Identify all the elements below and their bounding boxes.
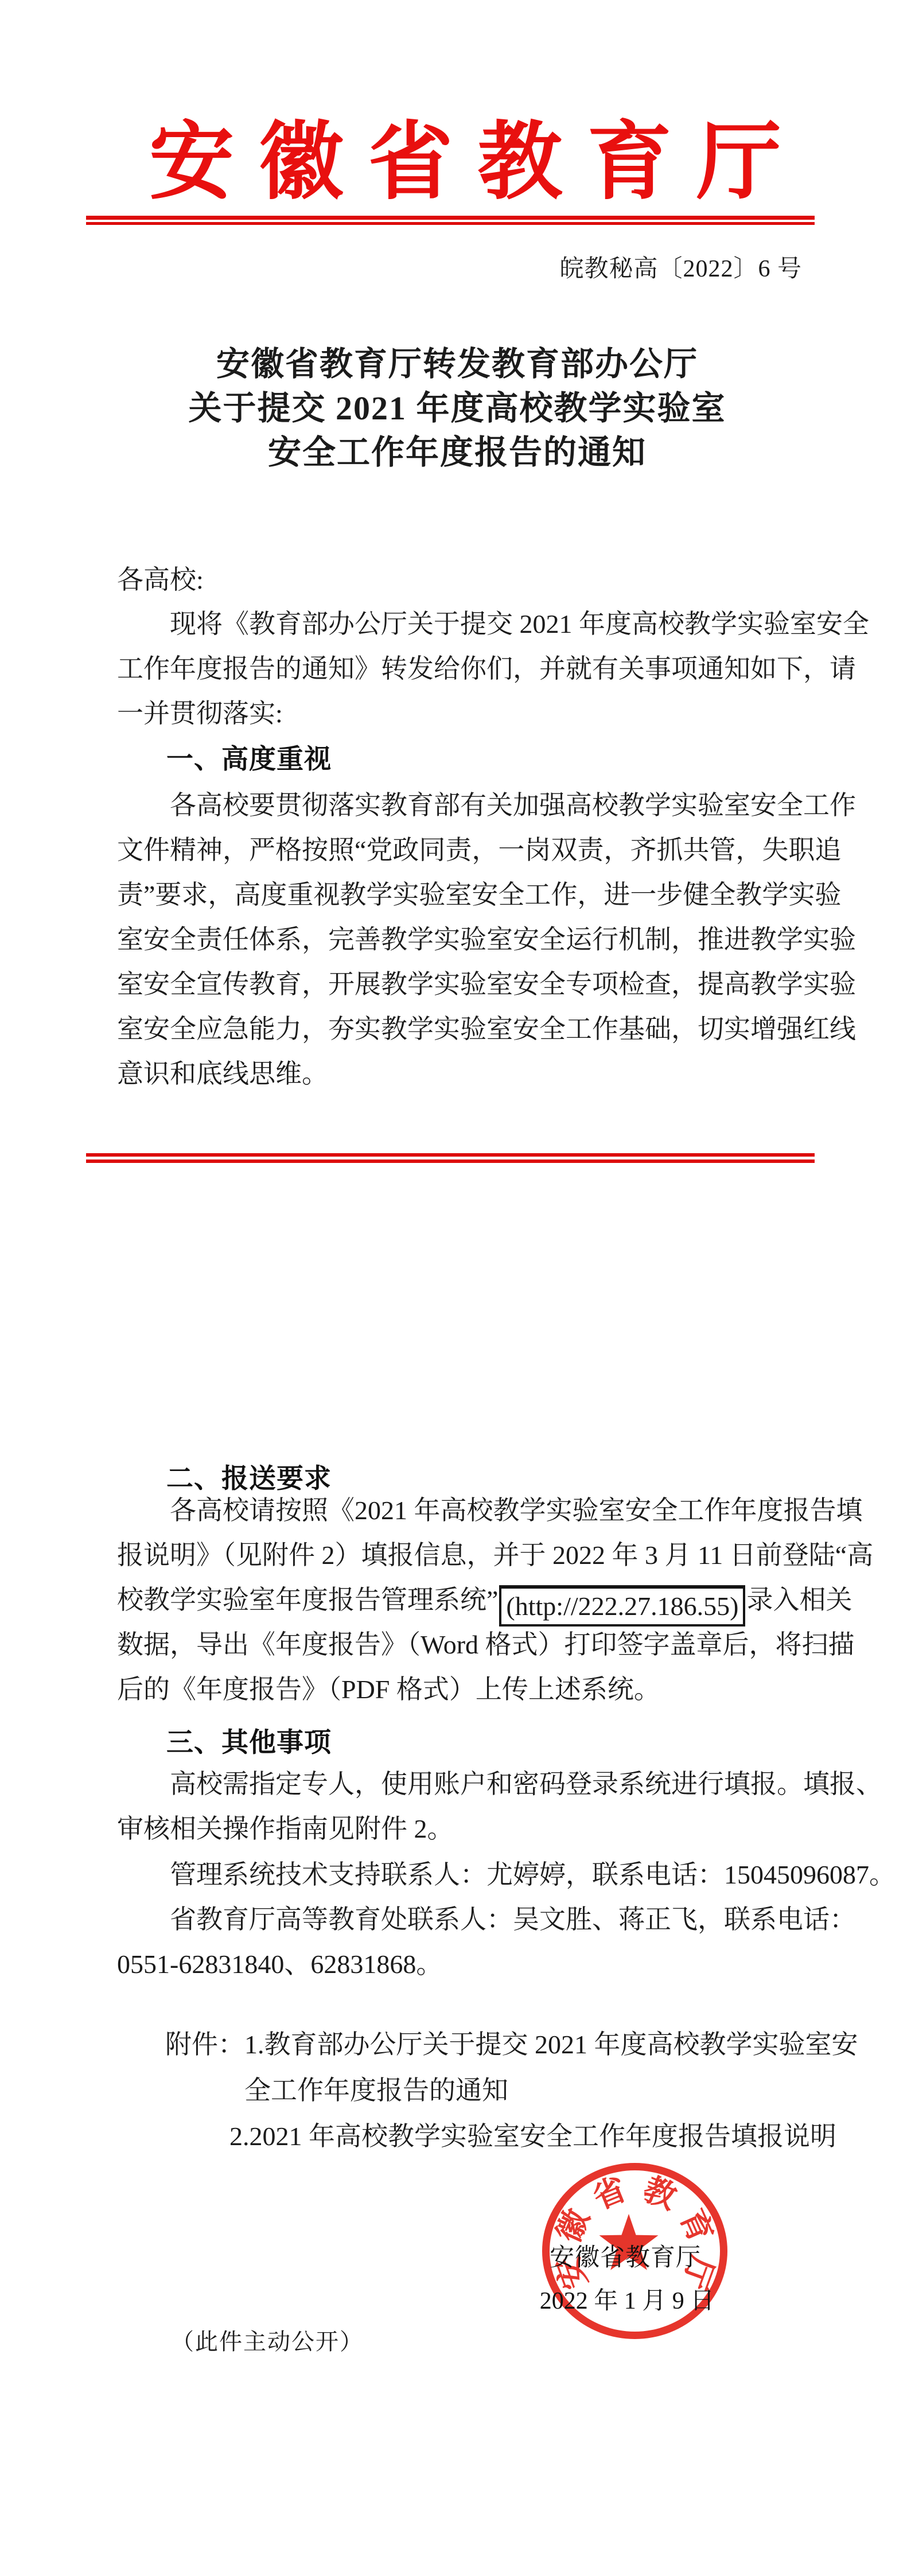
intro-paragraph: 现将《教育部办公厅关于提交 2021 年度高校教学实验室安全 工作年度报告的通知…: [117, 602, 800, 736]
paragraph-line: 现将《教育部办公厅关于提交 2021 年度高校教学实验室安全: [117, 602, 800, 647]
document-title-line: 安全工作年度报告的通知: [116, 430, 799, 474]
attachment-item-2: 2.2021 年高校教学实验室安全工作年度报告填报说明: [117, 2114, 834, 2159]
signature-date: 2022 年 1 月 9 日: [532, 2288, 722, 2314]
masthead-char: 徽: [259, 120, 344, 205]
paragraph-line: 责”要求，高度重视教学实验室安全工作，进一步健全教学实验: [117, 873, 800, 917]
section-3-paragraph-1: 高校需指定专人，使用账户和密码登录系统进行填报。填报、 审核相关操作指南见附件 …: [117, 1762, 800, 1851]
document-title-line: 关于提交 2021 年度高校教学实验室: [116, 386, 799, 430]
paragraph-line: 一并贯彻落实:: [117, 691, 800, 736]
paragraph-line: 室安全宣传教育，开展教学实验室安全专项检查，提高教学实验: [117, 962, 800, 1007]
salutation-text: 各高校:: [117, 558, 800, 602]
section-1-paragraph: 各高校要贯彻落实教育部有关加强高校教学实验室安全工作 文件精神，严格按照“党政同…: [117, 783, 800, 1096]
document-title-line: 安徽省教育厅转发教育部办公厅: [116, 342, 799, 386]
paragraph-line: 工作年度报告的通知》转发给你们，并就有关事项通知如下，请: [117, 647, 800, 691]
paragraph-line: 意识和底线思维。: [117, 1052, 800, 1096]
report-system-url-link[interactable]: (http://222.27.186.55): [499, 1585, 745, 1626]
masthead-char: 安: [149, 120, 234, 205]
paragraph-line: 各高校要贯彻落实教育部有关加强高校教学实验室安全工作: [117, 783, 800, 828]
paragraph-line: 文件精神，严格按照“党政同责，一岗双责，齐抓共管，失职追: [117, 828, 800, 873]
url-suffix-text: 录入相关: [746, 1585, 852, 1614]
masthead-char: 省: [368, 120, 453, 205]
document-number: 皖教秘高〔2022〕6 号: [559, 255, 802, 283]
paragraph-line: 高校需指定专人，使用账户和密码登录系统进行填报。填报、: [117, 1762, 800, 1807]
signature-agency-name: 安徽省教育厅: [548, 2244, 703, 2271]
paragraph-line: 室安全责任体系，完善教学实验室安全运行机制，推进教学实验: [117, 917, 800, 962]
paragraph-line: 数据，导出《年度报告》（Word 格式）打印签字盖章后，将扫描: [117, 1622, 800, 1667]
document-page: 安 徽 省 教 育 厅 皖教秘高〔2022〕6 号 安徽省教育厅转发教育部办公厅…: [0, 0, 911, 2576]
section-2-paragraph: 各高校请按照《2021 年高校教学实验室安全工作年度报告填 报说明》（见附件 2…: [117, 1488, 800, 1712]
document-title: 安徽省教育厅转发教育部办公厅 关于提交 2021 年度高校教学实验室 安全工作年…: [116, 342, 799, 474]
agency-masthead: 安 徽 省 教 育 厅: [149, 120, 781, 205]
paragraph-line: 室安全应急能力，夯实教学实验室安全工作基础，切实增强红线: [117, 1007, 800, 1052]
red-separator-line-top-thin: [86, 222, 815, 225]
paragraph-line: 审核相关操作指南见附件 2。: [117, 1807, 800, 1851]
department-contact-phone-line: 0551-62831840、62831868。: [117, 1942, 800, 1987]
red-separator-line-mid-lower: [86, 1159, 815, 1163]
red-separator-line-mid-upper: [86, 1153, 815, 1157]
section-heading-1: 一、高度重视: [166, 744, 332, 775]
masthead-char: 厅: [696, 120, 781, 205]
paragraph-line: 各高校请按照《2021 年高校教学实验室安全工作年度报告填: [117, 1488, 800, 1533]
masthead-char: 教: [477, 120, 562, 205]
department-contact-line: 省教育厅高等教育处联系人：吴文胜、蒋正飞，联系电话：: [117, 1897, 800, 1942]
attachment-item-1-line-2: 全工作年度报告的通知: [117, 2068, 834, 2114]
paragraph-line: 后的《年度报告》（PDF 格式）上传上述系统。: [117, 1667, 800, 1712]
public-disclosure-note: （此件主动公开）: [171, 2328, 364, 2356]
paragraph-line: 报说明》（见附件 2）填报信息，并于 2022 年 3 月 11 日前登陆“高: [117, 1533, 800, 1578]
section-3-paragraph-3: 省教育厅高等教育处联系人：吴文胜、蒋正飞，联系电话： 0551-62831840…: [117, 1897, 800, 1987]
salutation: 各高校:: [117, 558, 800, 602]
paragraph-line-with-url: 校教学实验室年度报告管理系统”(http://222.27.186.55)录入相…: [117, 1578, 800, 1622]
section-3-paragraph-2: 管理系统技术支持联系人：尤婷婷，联系电话：15045096087。: [117, 1853, 800, 1897]
tech-support-contact-line: 管理系统技术支持联系人：尤婷婷，联系电话：15045096087。: [117, 1853, 800, 1897]
masthead-char: 育: [587, 120, 672, 205]
url-prefix-text: 校教学实验室年度报告管理系统”: [117, 1585, 498, 1614]
attachment-item-1-line-1: 附件：1.教育部办公厅关于提交 2021 年度高校教学实验室安: [117, 2022, 834, 2068]
section-heading-3: 三、其他事项: [166, 1727, 332, 1758]
red-separator-line-top-thick: [86, 216, 815, 220]
attachments-list: 附件：1.教育部办公厅关于提交 2021 年度高校教学实验室安 全工作年度报告的…: [117, 2022, 834, 2159]
